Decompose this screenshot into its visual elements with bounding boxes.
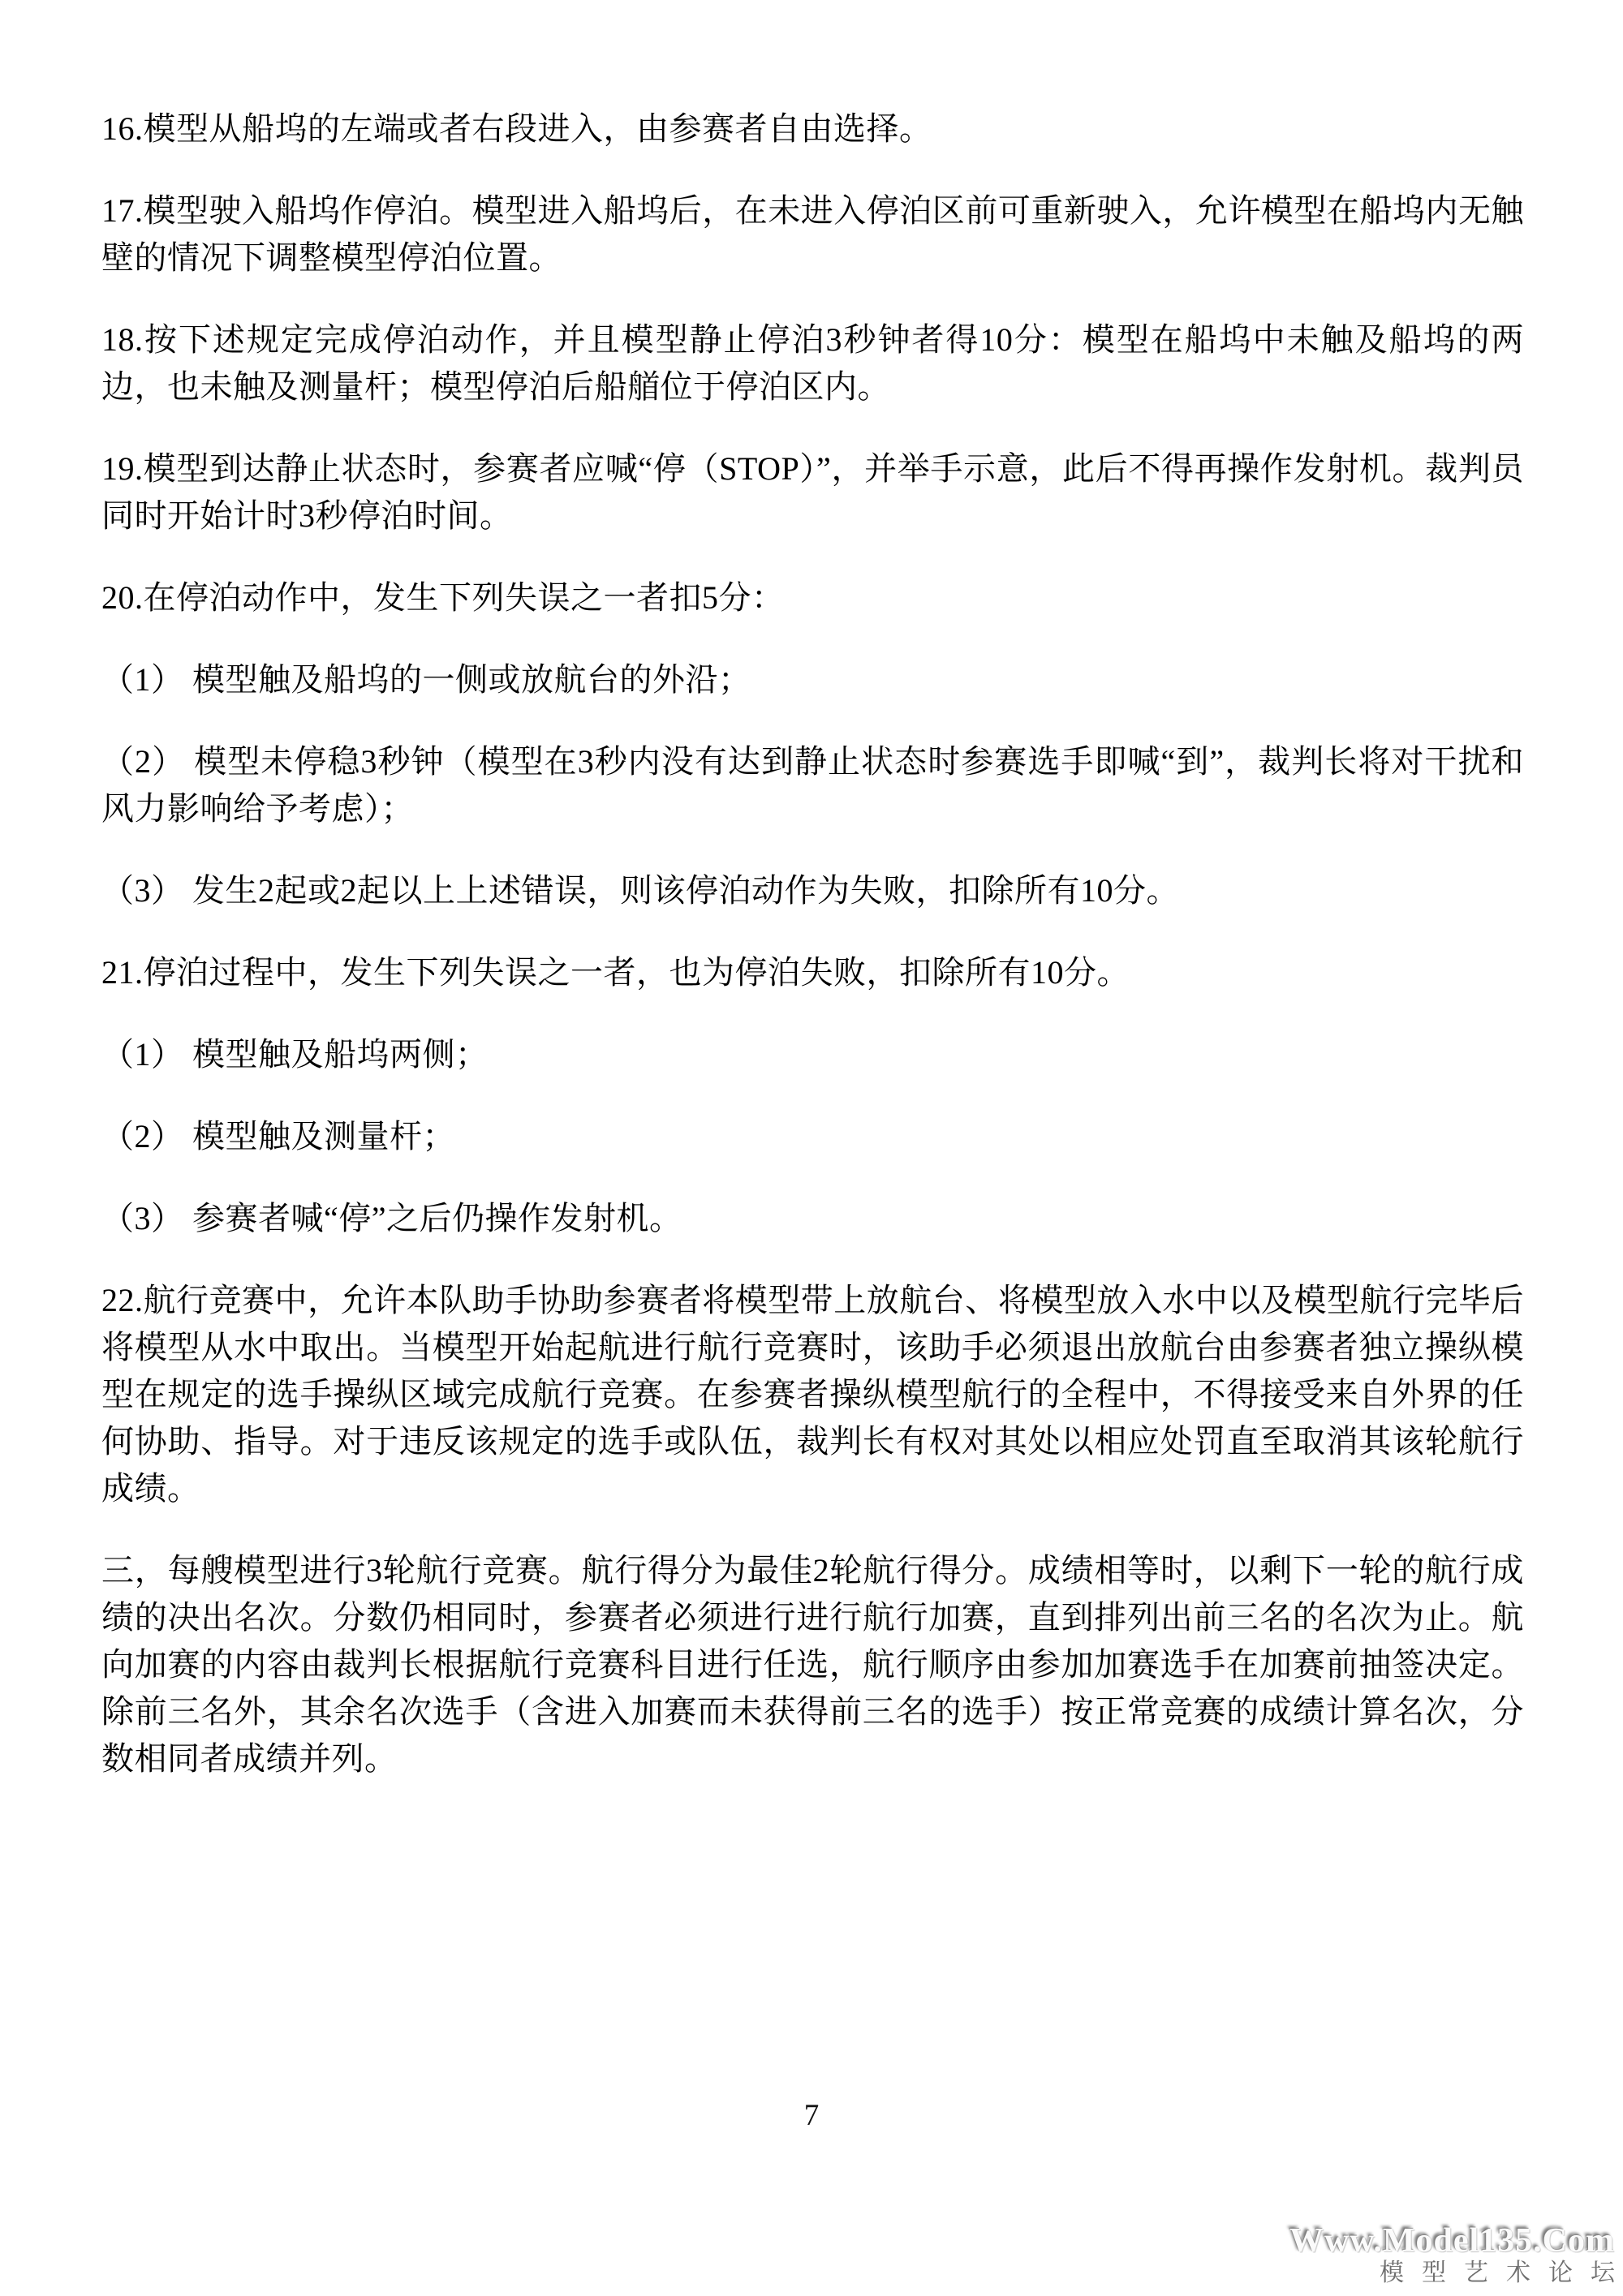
paragraph-section-three: 三，每艘模型进行3轮航行竞赛。航行得分为最佳2轮航行得分。成绩相等时，以剩下一轮… bbox=[101, 1547, 1524, 1782]
paragraph-rule-22: 22.航行竞赛中，允许本队助手协助参赛者将模型带上放航台、将模型放入水中以及模型… bbox=[101, 1277, 1524, 1512]
paragraph-rule-21-sub-2: （2） 模型触及测量杆； bbox=[101, 1113, 1524, 1160]
paragraph-rule-17: 17.模型驶入船坞作停泊。模型进入船坞后，在未进入停泊区前可重新驶入，允许模型在… bbox=[101, 187, 1524, 282]
paragraph-rule-19: 19.模型到达静止状态时，参赛者应喊“停（STOP）”，并举手示意，此后不得再操… bbox=[101, 445, 1524, 540]
watermark-site-text: Www.Model135.Com bbox=[1289, 2223, 1615, 2259]
paragraph-rule-20-sub-1: （1） 模型触及船坞的一侧或放航台的外沿； bbox=[101, 656, 1524, 703]
document-page: 16.模型从船坞的左端或者右段进入，由参赛者自由选择。 17.模型驶入船坞作停泊… bbox=[0, 0, 1623, 2296]
page-number: 7 bbox=[0, 2100, 1623, 2132]
watermark-forum-text: 模型艺术论坛 bbox=[1289, 2260, 1623, 2286]
paragraph-rule-21-sub-1: （1） 模型触及船坞两侧； bbox=[101, 1031, 1524, 1078]
paragraph-rule-21-sub-3: （3） 参赛者喊“停”之后仍操作发射机。 bbox=[101, 1195, 1524, 1242]
document-body: 16.模型从船坞的左端或者右段进入，由参赛者自由选择。 17.模型驶入船坞作停泊… bbox=[101, 105, 1524, 1817]
paragraph-rule-21: 21.停泊过程中，发生下列失误之一者，也为停泊失败，扣除所有10分。 bbox=[101, 949, 1524, 996]
paragraph-rule-20-sub-3: （3） 发生2起或2起以上上述错误，则该停泊动作为失败，扣除所有10分。 bbox=[101, 867, 1524, 914]
paragraph-rule-18: 18.按下述规定完成停泊动作，并且模型静止停泊3秒钟者得10分：模型在船坞中未触… bbox=[101, 316, 1524, 411]
paragraph-rule-16: 16.模型从船坞的左端或者右段进入，由参赛者自由选择。 bbox=[101, 105, 1524, 153]
paragraph-rule-20: 20.在停泊动作中，发生下列失误之一者扣5分： bbox=[101, 574, 1524, 621]
paragraph-rule-20-sub-2: （2） 模型未停稳3秒钟（模型在3秒内没有达到静止状态时参赛选手即喊“到”，裁判… bbox=[101, 738, 1524, 832]
watermark: Www.Model135.Com 模型艺术论坛 bbox=[1289, 2223, 1615, 2286]
